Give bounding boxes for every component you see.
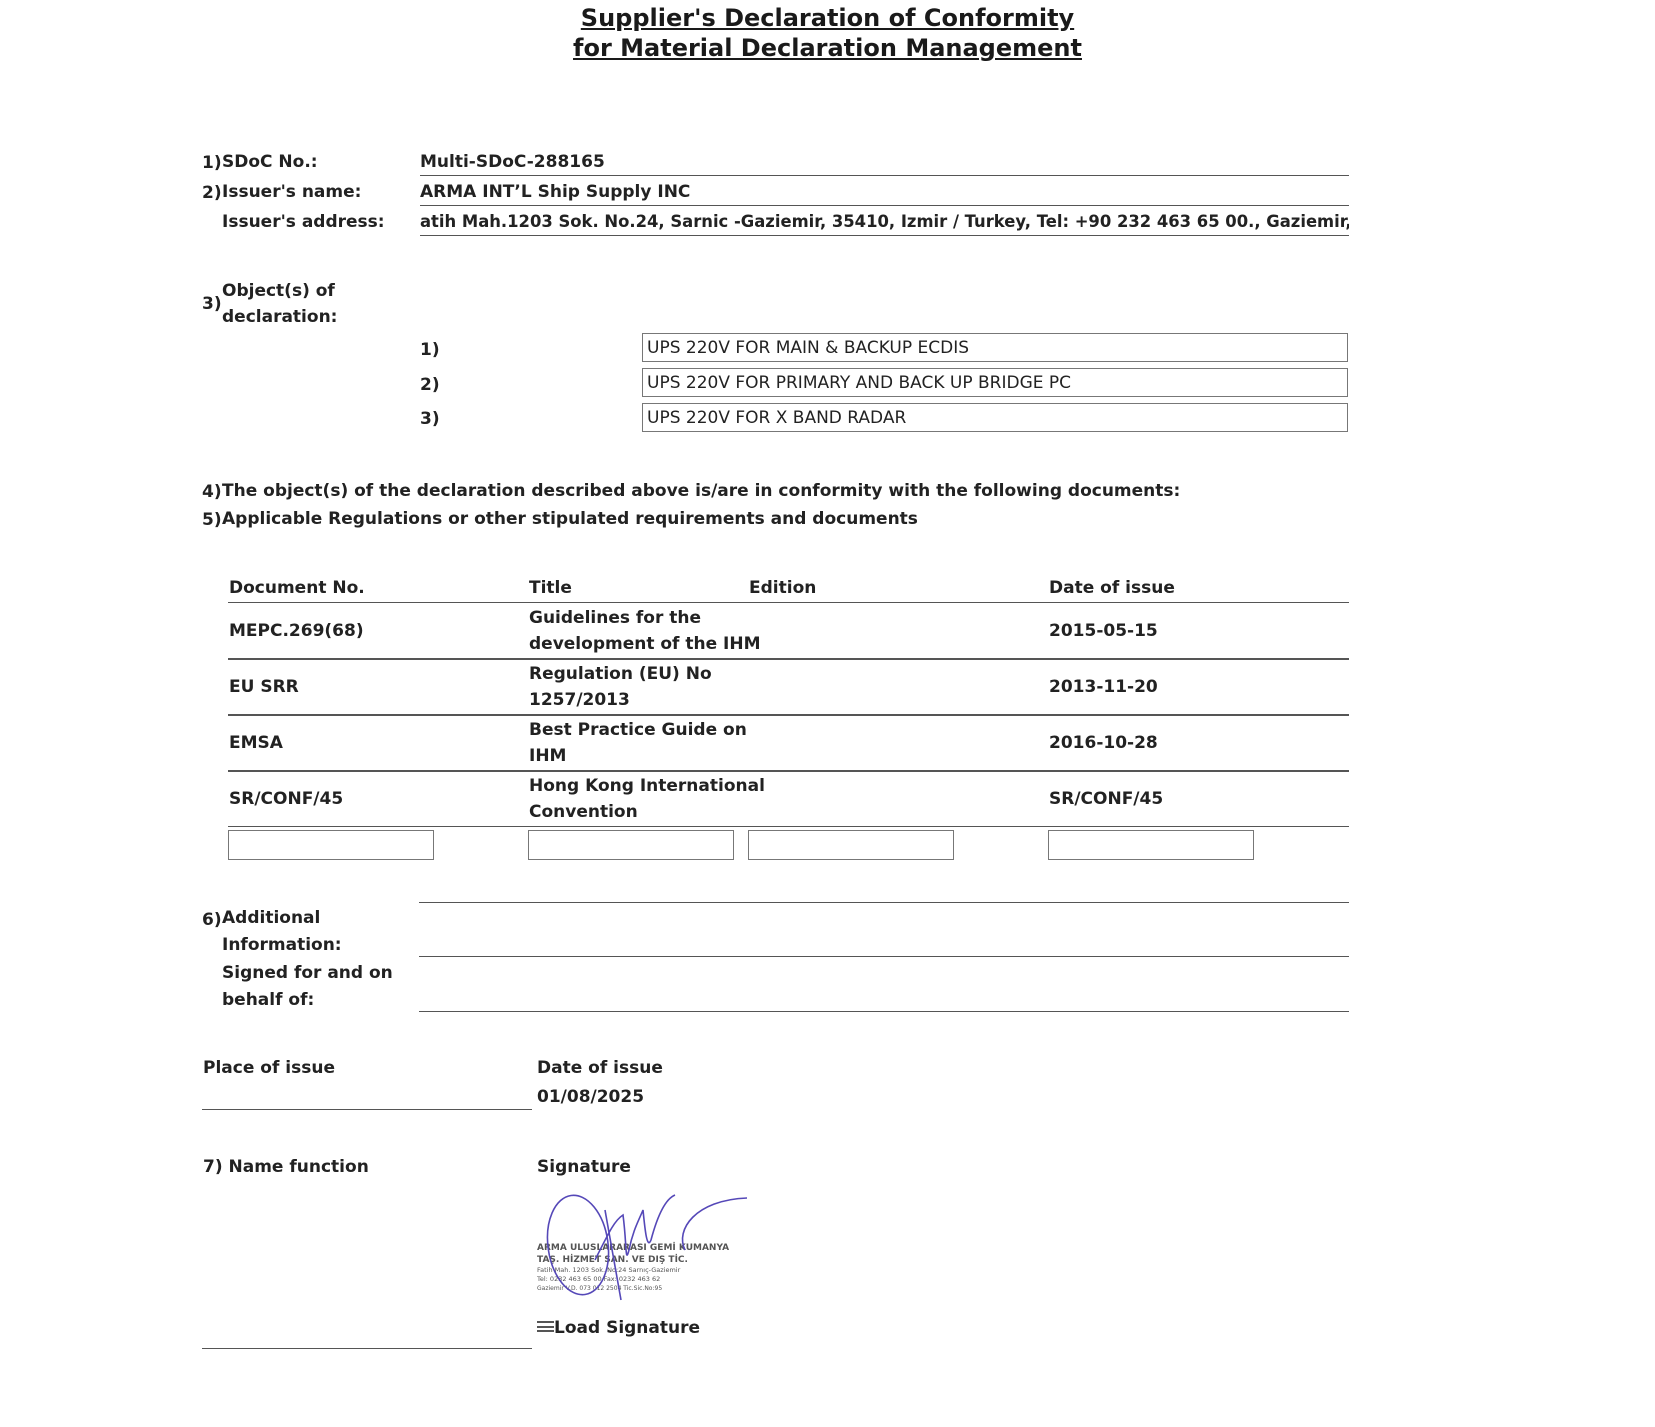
object-index-2: 2) xyxy=(420,375,440,395)
place-of-issue-field[interactable] xyxy=(202,1109,532,1110)
col-header-date: Date of issue xyxy=(1049,578,1175,598)
objects-label-line2: declaration: xyxy=(222,304,337,331)
object-index-3: 3) xyxy=(420,409,440,429)
title-cell-line1: Hong Kong International xyxy=(529,773,765,799)
issuer-address-label: Issuer's address: xyxy=(222,209,385,236)
title-cell-line2: IHM xyxy=(529,743,566,769)
sdoc-number-label: SDoC No.: xyxy=(222,149,318,176)
title-cell-line2: 1257/2013 xyxy=(529,687,630,713)
conformity-text: The object(s) of the declaration describ… xyxy=(222,478,1180,505)
document-no-cell: MEPC.269(68) xyxy=(229,618,364,644)
name-function-field[interactable] xyxy=(202,1348,532,1349)
date-of-issue-value[interactable]: 01/08/2025 xyxy=(537,1087,644,1107)
load-signature-label: Load Signature xyxy=(554,1318,700,1338)
date-cell: 2016-10-28 xyxy=(1049,730,1158,756)
conformity-index: 4) xyxy=(202,482,222,502)
row-divider xyxy=(228,658,1349,660)
issuer-address-field[interactable]: atih Mah.1203 Sok. No.24, Sarnic -Gaziem… xyxy=(420,209,1349,236)
signature-stamp-icon: ARMA ULUSLARARASI GEMİ KUMANYA TAŞ. HİZM… xyxy=(535,1190,755,1305)
signed-for-field[interactable] xyxy=(419,1011,1349,1012)
date-cell: SR/CONF/45 xyxy=(1049,786,1163,812)
row-divider xyxy=(228,714,1349,716)
document-title-line1: Supplier's Declaration of Conformity xyxy=(0,4,1655,32)
load-signature-button[interactable]: Load Signature xyxy=(537,1318,700,1338)
name-function-label: 7) Name function xyxy=(203,1157,369,1177)
sdoc-number-field[interactable]: Multi-SDoC-288165 xyxy=(420,149,1349,176)
new-document-no-input[interactable] xyxy=(228,830,434,860)
issuer-name-field[interactable]: ARMA INT’L Ship Supply INC xyxy=(420,179,1349,206)
svg-text:Fatih Mah. 1203 Sok. No:24 Sar: Fatih Mah. 1203 Sok. No:24 Sarnıç-Gaziem… xyxy=(537,1266,681,1274)
col-header-document-no: Document No. xyxy=(229,578,365,598)
signature-label: Signature xyxy=(537,1157,631,1177)
menu-lines-icon xyxy=(537,1321,554,1332)
title-cell-line1: Best Practice Guide on xyxy=(529,717,747,743)
object-input-2[interactable]: UPS 220V FOR PRIMARY AND BACK UP BRIDGE … xyxy=(642,368,1348,397)
date-cell: 2013-11-20 xyxy=(1049,674,1158,700)
object-input-3[interactable]: UPS 220V FOR X BAND RADAR xyxy=(642,403,1348,432)
additional-index: 6) xyxy=(202,910,222,930)
row-divider xyxy=(228,826,1349,827)
place-of-issue-label: Place of issue xyxy=(203,1058,335,1078)
document-title-line2: for Material Declaration Management xyxy=(0,34,1655,62)
object-input-1[interactable]: UPS 220V FOR MAIN & BACKUP ECDIS xyxy=(642,333,1348,362)
object-index-1: 1) xyxy=(420,340,440,360)
additional-label-line1: Additional xyxy=(222,905,320,932)
document-no-cell: EU SRR xyxy=(229,674,299,700)
issuer-name-index: 2) xyxy=(202,183,222,203)
sdoc-number-index: 1) xyxy=(202,153,222,173)
row-divider xyxy=(228,770,1349,772)
additional-label-line2: Information: xyxy=(222,932,342,959)
title-cell-line1: Guidelines for the xyxy=(529,605,701,631)
date-cell: 2015-05-15 xyxy=(1049,618,1158,644)
additional-info-line-top xyxy=(419,902,1349,903)
svg-text:ARMA ULUSLARARASI GEMİ KUMANYA: ARMA ULUSLARARASI GEMİ KUMANYA xyxy=(537,1242,729,1253)
regulations-text: Applicable Regulations or other stipulat… xyxy=(222,506,918,533)
header-divider xyxy=(228,602,1349,603)
signed-for-label-line2: behalf of: xyxy=(222,987,314,1014)
issuer-name-label: Issuer's name: xyxy=(222,179,361,206)
new-date-input[interactable] xyxy=(1048,830,1254,860)
document-no-cell: EMSA xyxy=(229,730,283,756)
new-title-input[interactable] xyxy=(528,830,734,860)
new-edition-input[interactable] xyxy=(748,830,954,860)
objects-index: 3) xyxy=(202,294,222,314)
signature-image: ARMA ULUSLARARASI GEMİ KUMANYA TAŞ. HİZM… xyxy=(535,1190,755,1305)
title-cell-line2: Convention xyxy=(529,799,638,825)
title-cell-line2: development of the IHM xyxy=(529,631,761,657)
svg-text:Tel: 0232 463 65 00 Fax: 0232: Tel: 0232 463 65 00 Fax: 0232 463 62 xyxy=(536,1275,660,1283)
signed-for-label-line1: Signed for and on xyxy=(222,960,393,987)
date-of-issue-label: Date of issue xyxy=(537,1058,663,1078)
col-header-edition: Edition xyxy=(749,578,816,598)
document-no-cell: SR/CONF/45 xyxy=(229,786,343,812)
col-header-title: Title xyxy=(529,578,572,598)
additional-info-field[interactable] xyxy=(419,956,1349,957)
title-cell-line1: Regulation (EU) No xyxy=(529,661,712,687)
objects-label-line1: Object(s) of xyxy=(222,278,335,305)
regulations-index: 5) xyxy=(202,510,222,530)
